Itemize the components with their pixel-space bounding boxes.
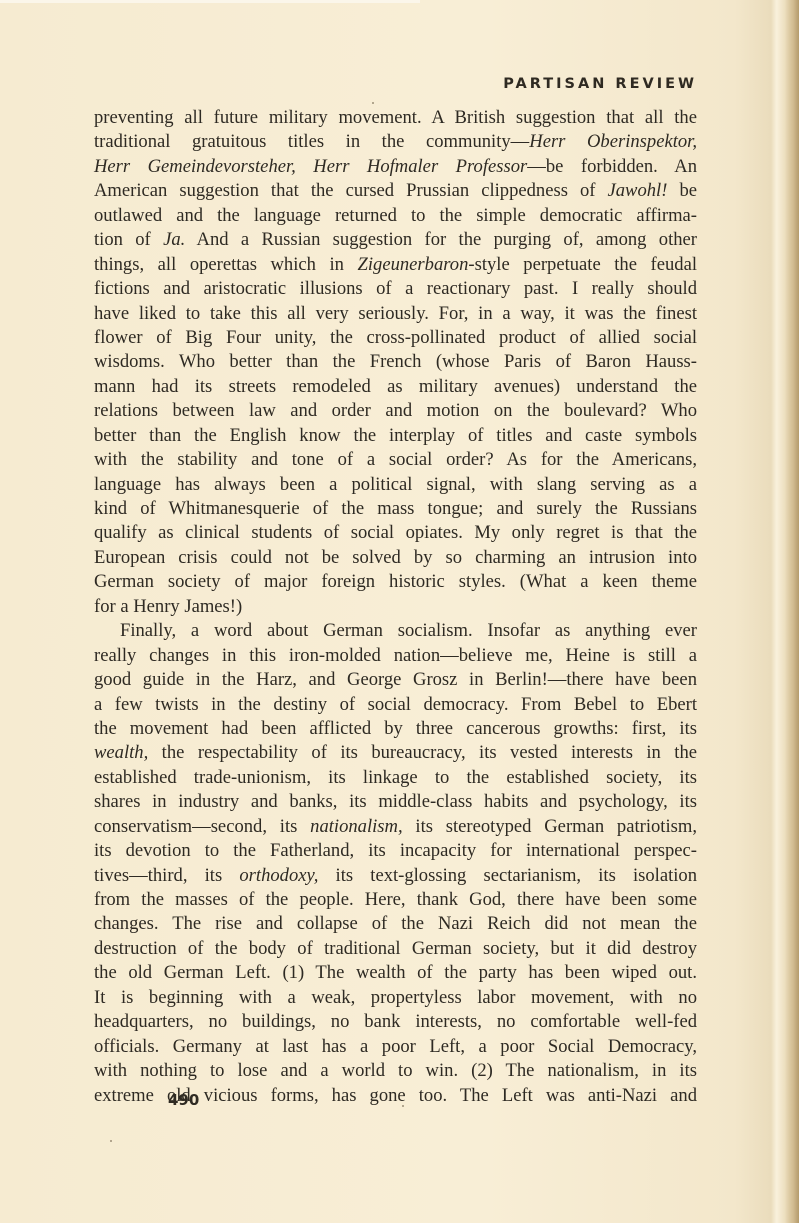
page-edge-shadow [785,0,799,1223]
text-line: headquarters, no buildings, no bank inte… [94,1010,697,1034]
text-segment: tives—third, its [94,865,239,886]
text-line: conservatism—second, its nationalism, it… [94,815,697,839]
text-line: relations between law and order and moti… [94,399,697,423]
italic-text: nationalism, [310,816,402,837]
text-line: have liked to take this all very serious… [94,302,697,326]
text-segment: headquarters, no buildings, no bank inte… [94,1011,697,1032]
text-segment: wisdoms. Who better than the French (who… [94,351,697,372]
paper-speck [402,1105,404,1107]
scanned-page: PARTISAN REVIEW preventing all future mi… [0,0,799,1223]
text-line: preventing all future military movement.… [94,106,697,130]
text-line: with the stability and tone of a social … [94,448,697,472]
text-line: Finally, a word about German socialism. … [94,619,697,643]
text-line: shares in industry and banks, its middle… [94,790,697,814]
italic-text: Ja. [163,229,185,250]
paper-speck [372,102,374,104]
text-segment: And a Russian suggestion for the purging… [185,229,697,250]
text-segment: —be forbidden. An [527,156,697,177]
italic-text: Herr Gemeindevorsteher, Herr Hofmaler Pr… [94,156,527,177]
text-line: the movement had been afflicted by three… [94,717,697,741]
text-line: with nothing to lose and a world to win.… [94,1059,697,1083]
text-segment: its stereotyped German patriotism, [403,816,697,837]
text-segment: relations between law and order and moti… [94,400,697,421]
text-line: European crisis could not be solved by s… [94,546,697,570]
text-segment: European crisis could not be solved by s… [94,547,697,568]
italic-text: orthodoxy, [239,865,318,886]
text-line: a few twists in the destiny of social de… [94,693,697,717]
text-line: officials. Germany at last has a poor Le… [94,1035,697,1059]
text-segment: things, all operettas which in [94,254,358,275]
text-line: changes. The rise and collapse of the Na… [94,912,697,936]
text-segment: for a Henry James!) [94,596,242,617]
text-segment: be [667,180,697,201]
text-segment: -style perpetuate the feudal [468,254,697,275]
text-segment: its text-glossing sectarianism, its isol… [318,865,697,886]
running-head: PARTISAN REVIEW [480,76,697,92]
text-segment: fictions and aristocratic illusions of a… [94,278,697,299]
text-line: really changes in this iron-molded natio… [94,644,697,668]
italic-text: Zigeunerbaron [358,254,469,275]
text-line: flower of Big Four unity, the cross-poll… [94,326,697,350]
text-line: tion of Ja. And a Russian suggestion for… [94,228,697,252]
text-line: mann had its streets remodeled as milita… [94,375,697,399]
italic-text: wealth, [94,742,148,763]
text-line: the old German Left. (1) The wealth of t… [94,961,697,985]
text-segment: mann had its streets remodeled as milita… [94,376,697,397]
text-line: wisdoms. Who better than the French (who… [94,350,697,374]
page-top-edge [0,0,420,3]
text-segment: outlawed and the language returned to th… [94,205,697,226]
text-segment: with nothing to lose and a world to win.… [94,1060,697,1081]
text-segment: with the stability and tone of a social … [94,449,697,470]
text-line: established trade-unionism, its linkage … [94,766,697,790]
text-segment: changes. The rise and collapse of the Na… [94,913,697,934]
text-line: wealth, the respectability of its bureau… [94,741,697,765]
text-segment: preventing all future military movement.… [94,107,697,128]
text-segment: It is beginning with a weak, propertyles… [94,987,697,1008]
text-segment: destruction of the body of traditional G… [94,938,697,959]
text-segment: qualify as clinical students of social o… [94,522,697,543]
text-segment: American suggestion that the cursed Prus… [94,180,608,201]
text-segment: language has always been a political sig… [94,474,697,495]
text-segment: flower of Big Four unity, the cross-poll… [94,327,697,348]
text-segment: shares in industry and banks, its middle… [94,791,697,812]
text-line: tives—third, its orthodoxy, its text-glo… [94,864,697,888]
italic-text: Herr Oberinspektor, [529,131,697,152]
article-body: preventing all future military movement.… [94,106,697,1108]
text-line: for a Henry James!) [94,595,697,619]
text-segment: tion of [94,229,163,250]
text-line: from the masses of the people. Here, tha… [94,888,697,912]
text-line: things, all operettas which in Zigeunerb… [94,253,697,277]
text-line: outlawed and the language returned to th… [94,204,697,228]
text-segment: German society of major foreign historic… [94,571,697,592]
text-segment: the movement had been afflicted by three… [94,718,697,739]
text-segment: Finally, a word about German socialism. … [120,620,697,641]
paper-speck [110,1140,112,1142]
text-line: fictions and aristocratic illusions of a… [94,277,697,301]
text-segment: a few twists in the destiny of social de… [94,694,697,715]
text-segment: established trade-unionism, its linkage … [94,767,697,788]
text-line: its devotion to the Fatherland, its inca… [94,839,697,863]
text-segment: from the masses of the people. Here, tha… [94,889,697,910]
text-line: destruction of the body of traditional G… [94,937,697,961]
italic-text: Jawohl! [608,180,668,201]
text-segment: kind of Whitmanesquerie of the mass tong… [94,498,697,519]
text-line: German society of major foreign historic… [94,570,697,594]
text-segment: better than the English know the interpl… [94,425,697,446]
text-segment: officials. Germany at last has a poor Le… [94,1036,697,1057]
text-line: better than the English know the interpl… [94,424,697,448]
text-line: qualify as clinical students of social o… [94,521,697,545]
text-segment: the respectability of its bureaucracy, i… [148,742,697,763]
text-segment: its devotion to the Fatherland, its inca… [94,840,697,861]
text-segment: really changes in this iron-molded natio… [94,645,697,666]
text-line: American suggestion that the cursed Prus… [94,179,697,203]
text-line: kind of Whitmanesquerie of the mass tong… [94,497,697,521]
page-number: 490 [168,1091,199,1109]
text-segment: good guide in the Harz, and George Grosz… [94,669,697,690]
text-segment: conservatism—second, its [94,816,310,837]
text-line: good guide in the Harz, and George Grosz… [94,668,697,692]
text-line: It is beginning with a weak, propertyles… [94,986,697,1010]
text-segment: traditional gratuitous titles in the com… [94,131,529,152]
text-line: Herr Gemeindevorsteher, Herr Hofmaler Pr… [94,155,697,179]
text-segment: the old German Left. (1) The wealth of t… [94,962,697,983]
text-line: traditional gratuitous titles in the com… [94,130,697,154]
text-line: language has always been a political sig… [94,473,697,497]
text-segment: have liked to take this all very serious… [94,303,697,324]
